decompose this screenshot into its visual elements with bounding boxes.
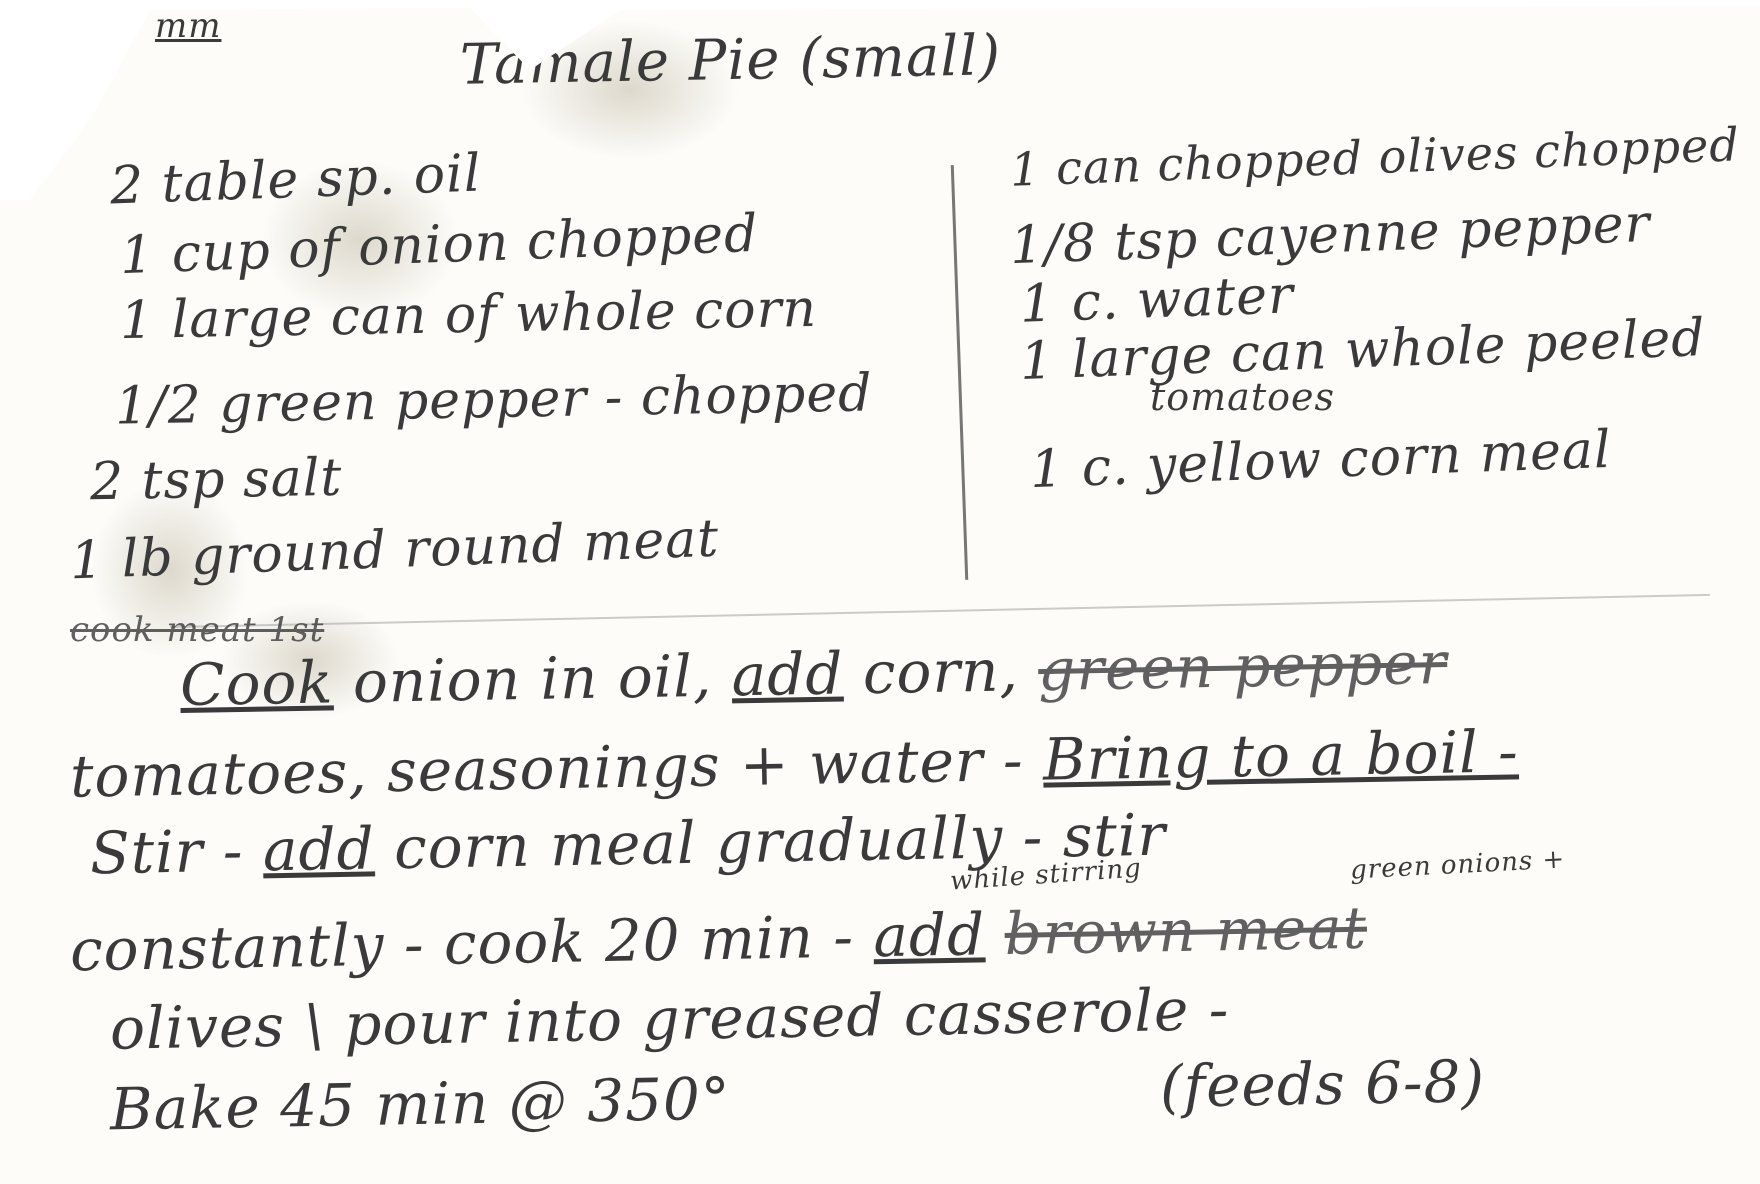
recipe-title: Tamale Pie (small) <box>459 23 1001 97</box>
ingredient: 2 tsp salt <box>89 448 342 512</box>
instruction-line: tomatoes, seasonings + water - Bring to … <box>70 717 1520 810</box>
column-divider <box>951 165 968 580</box>
ingredient: 1 large can of whole corn <box>120 279 818 351</box>
recipe-card: mm Tamale Pie (small) 2 table sp. oil 1 … <box>0 0 1760 1184</box>
ingredient: 1 can chopped olives chopped <box>1009 117 1740 196</box>
instruction-line: Bake 45 min @ 350° <box>109 1065 731 1144</box>
corner-mark: mm <box>155 6 221 46</box>
ingredient: 1/8 tsp cayenne pepper <box>1009 194 1651 276</box>
ingredient: tomatoes <box>1150 375 1335 419</box>
instruction-line: olives \ pour into greased casserole - <box>109 975 1229 1063</box>
section-divider <box>170 594 1710 628</box>
struck-note: cook meat 1st <box>70 610 324 650</box>
ingredient: 1 cup of onion chopped <box>119 204 759 286</box>
ingredient: 1/2 green pepper - chopped <box>115 363 873 436</box>
servings-note: (feeds 6-8) <box>1159 1047 1485 1121</box>
instruction-line: constantly - cook 20 min - add brown mea… <box>70 894 1368 985</box>
insert-note: green onions + <box>1349 844 1566 885</box>
ingredient: 1 c. yellow corn meal <box>1029 420 1612 500</box>
